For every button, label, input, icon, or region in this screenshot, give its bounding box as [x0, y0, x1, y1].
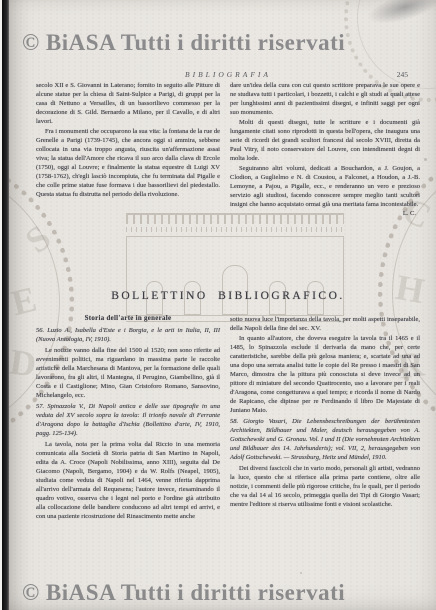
- bibliography-column-right: sotto nuova luce l'importanza della tavo…: [230, 315, 420, 522]
- copyright-watermark-top: © BiASA Tutti i diritti riservati: [22, 30, 345, 56]
- building-wall: [126, 236, 344, 316]
- paragraph: dare un'idea della cura con cui questo s…: [230, 81, 420, 117]
- paragraph: La tavola, nota per la prima volta dal R…: [36, 440, 220, 521]
- scan-speck: [424, 158, 427, 161]
- building-band: [126, 227, 344, 232]
- copyright-watermark-bottom: © BiASA Tutti i diritti riservati: [22, 580, 345, 606]
- running-title: BIBLIOGRAFIA: [36, 70, 420, 79]
- bibliography-entry-57: 57. Spinazzola V., Di Napoli antica e de…: [36, 402, 220, 438]
- paragraph: Dei diversi fascicoli che in vario modo,…: [230, 464, 420, 509]
- paragraph: Molti di questi disegni, tutte le scritt…: [230, 118, 420, 163]
- page-number: 245: [397, 70, 408, 79]
- paragraph: Le notizie vanno dalla fine del 1500 al …: [36, 346, 220, 400]
- paragraph-text: Seguiranno altri volumi, dedicati a Bouc…: [230, 165, 420, 208]
- paragraph: In quanto all'autore, che doveva eseguir…: [230, 334, 420, 415]
- article-signature: L. C.: [394, 209, 416, 218]
- bibliography-entry-58: 58. Giorgio Vasari, Die Lebensbeschreibu…: [230, 417, 420, 462]
- article-end-section: secolo XII e S. Giovanni in Laterano; fo…: [36, 81, 420, 218]
- scanned-page: S E D C H R © BiASA Tutti i diritti rise…: [0, 0, 436, 610]
- bulletin-title: BOLLETTINO BIBLIOGRAFICO.: [36, 290, 420, 302]
- paragraph: secolo XII e S. Giovanni in Laterano; fo…: [36, 81, 220, 126]
- section-heading: Storia dell'arte in generale: [36, 315, 220, 322]
- bibliography-section: Storia dell'arte in generale 56. Luzio A…: [36, 315, 420, 522]
- paragraph: Seguiranno altri volumi, dedicati a Bouc…: [230, 164, 420, 209]
- article-column-right: dare un'idea della cura con cui questo s…: [230, 81, 420, 218]
- bibliography-column-left: Storia dell'arte in generale 56. Luzio A…: [36, 315, 220, 522]
- paragraph: Fra i monumenti che occuparono la sua vi…: [36, 127, 220, 199]
- scan-speck: [300, 572, 302, 574]
- paragraph: sotto nuova luce l'importanza della tavo…: [230, 315, 420, 333]
- binding-shadow-bar: [2, 0, 9, 610]
- article-column-left: secolo XII e S. Giovanni in Laterano; fo…: [36, 81, 220, 218]
- bibliography-entry-56: 56. Luzio A., Isabella d'Este e i Borgia…: [36, 326, 220, 344]
